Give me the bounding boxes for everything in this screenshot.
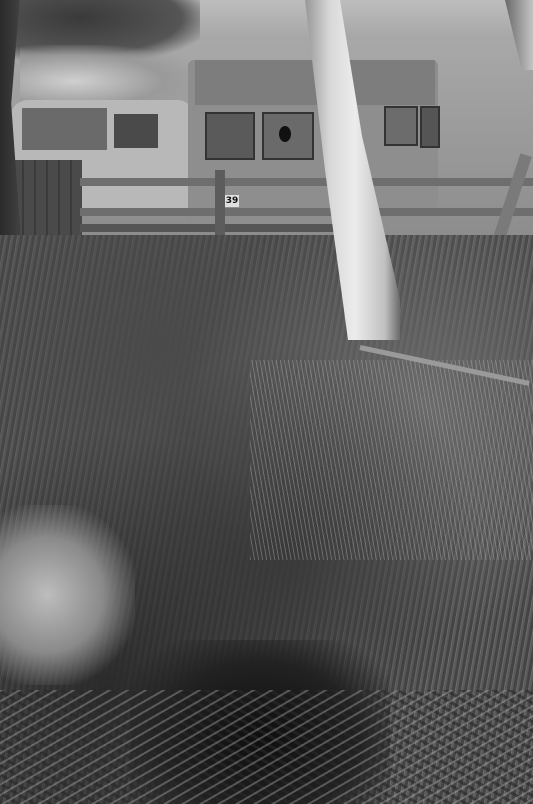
fence-rail-bottom [80,224,370,232]
photograph: 39 [0,0,533,804]
background-tents [20,45,200,105]
left-van-side-window [114,114,158,148]
portrait-in-van-window [279,126,291,142]
fence-rail-top [80,178,533,186]
tall-grass [250,360,533,560]
fence-rail-middle [80,208,533,216]
foreground-leaves-left [0,505,135,685]
fence-number-plate: 39 [225,195,239,207]
left-van-windshield [22,108,107,150]
foreground-leaves-bottom [0,690,533,804]
fence-post [215,170,225,240]
main-van-cab-window [420,106,440,148]
main-van-side-window [384,106,418,146]
main-van-rear-window-left [205,112,255,160]
